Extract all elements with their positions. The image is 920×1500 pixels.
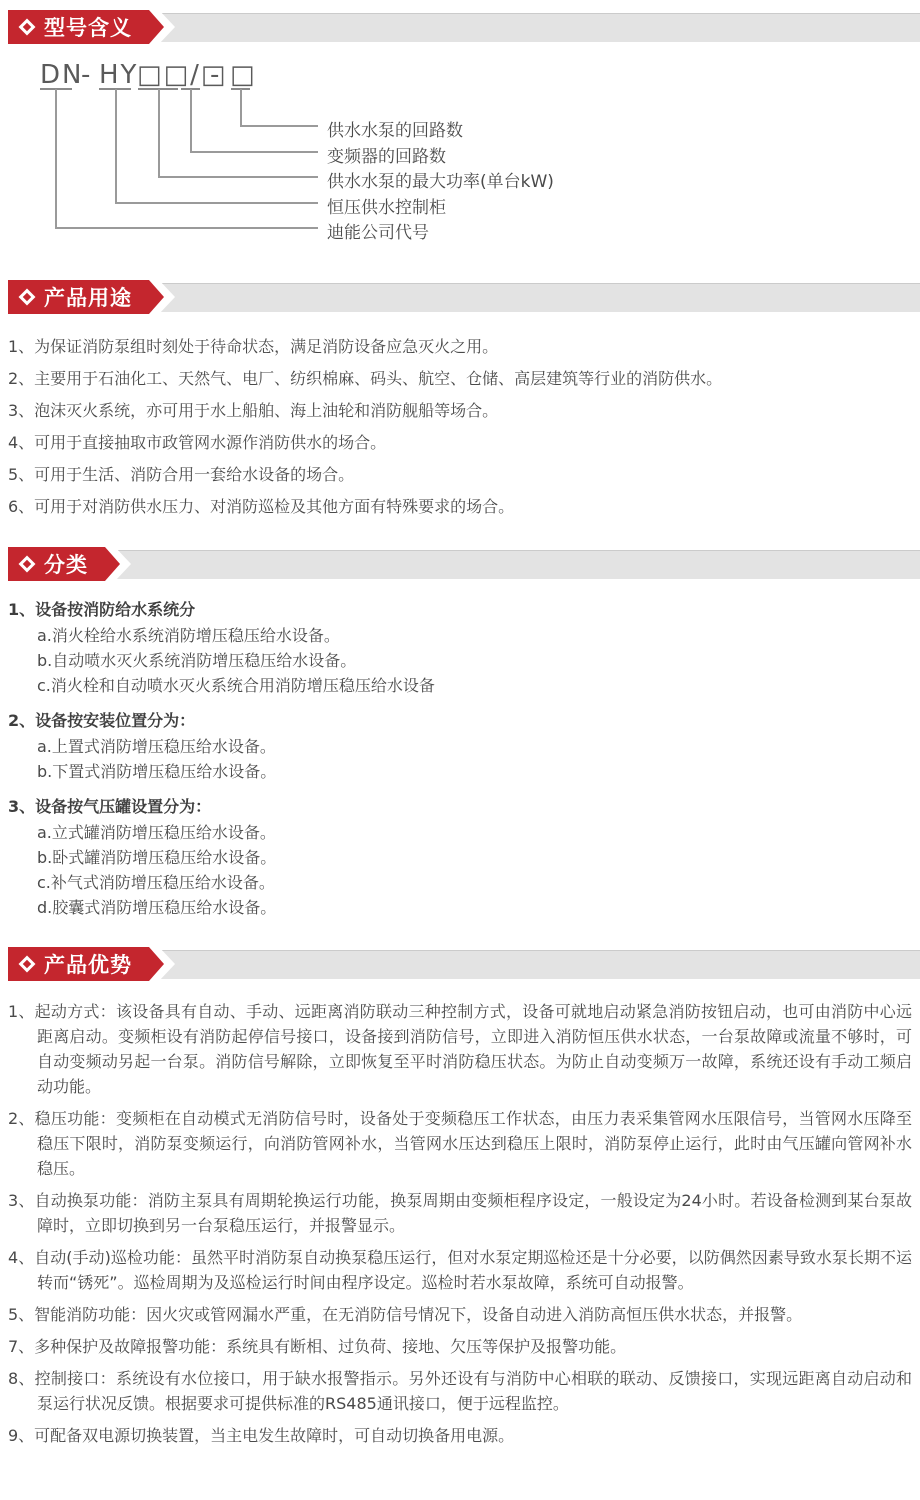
classification-item: a.消火栓给水系统消防增压稳压给水设备。 bbox=[8, 623, 912, 648]
classification-item: b.下置式消防增压稳压给水设备。 bbox=[8, 759, 912, 784]
classification-heading: 3、设备按气压罐设置分为： bbox=[8, 794, 912, 820]
classification-heading: 1、设备按消防给水系统分 bbox=[8, 597, 912, 623]
classification-item: a.上置式消防增压稳压给水设备。 bbox=[8, 734, 912, 759]
classification-item: c.消火栓和自动喷水灭火系统合用消防增压稳压给水设备 bbox=[8, 673, 912, 698]
advantage-item: 5、智能消防功能：因火灾或管网漏水严重，在无消防信号情况下，设备自动进入消防高恒… bbox=[8, 1302, 912, 1327]
advantage-item: 7、多种保护及故障报警功能：系统具有断相、过负荷、接地、欠压等保护及报警功能。 bbox=[8, 1334, 912, 1359]
usage-item: 1、为保证消防泵组时刻处于待命状态，满足消防设备应急灭火之用。 bbox=[8, 334, 912, 360]
section-banner-classify: 分类 bbox=[0, 547, 920, 581]
catalog-page: 型号含义 DN - HY □□/□ - □ 供水水泵的回路数 变频器的回路数 供… bbox=[0, 0, 920, 1448]
banner-gray-bar bbox=[8, 550, 920, 579]
banner-red-arrow: 分类 bbox=[8, 547, 120, 581]
model-number-diagram: DN - HY □□/□ - □ 供水水泵的回路数 变频器的回路数 供水水泵的最… bbox=[0, 60, 920, 252]
diamond-icon bbox=[19, 289, 36, 306]
banner-red-arrow: 产品用途 bbox=[8, 280, 164, 314]
section-banner-advantage: 产品优势 bbox=[0, 947, 920, 981]
diamond-icon bbox=[19, 19, 36, 36]
advantage-item: 8、控制接口：系统设有水位接口，用于缺水报警指示。另外还设有与消防中心相联的联动… bbox=[8, 1366, 912, 1416]
usage-list: 1、为保证消防泵组时刻处于待命状态，满足消防设备应急灭火之用。 2、主要用于石油… bbox=[8, 334, 912, 520]
diamond-icon bbox=[19, 956, 36, 973]
classification-item: b.卧式罐消防增压稳压给水设备。 bbox=[8, 845, 912, 870]
diagram-label: 供水水泵的最大功率(单台kW) bbox=[327, 167, 554, 192]
usage-item: 5、可用于生活、消防合用一套给水设备的场合。 bbox=[8, 462, 912, 488]
classification-heading: 2、设备按安装位置分为： bbox=[8, 708, 912, 734]
advantage-item: 1、起动方式：该设备具有自动、手动、远距离消防联动三种控制方式，设备可就地启动紧… bbox=[8, 999, 912, 1099]
diagram-connector-line bbox=[55, 89, 318, 229]
banner-title: 型号含义 bbox=[44, 12, 132, 42]
classification-item: d.胶囊式消防增压稳压给水设备。 bbox=[8, 895, 912, 920]
model-part-dash: - bbox=[210, 60, 221, 90]
model-part-dn: DN bbox=[40, 60, 83, 90]
advantage-item: 4、自动(手动)巡检功能：虽然平时消防泵自动换泵稳压运行，但对水泵定期巡检还是十… bbox=[8, 1245, 912, 1295]
classification-item: a.立式罐消防增压稳压给水设备。 bbox=[8, 820, 912, 845]
advantage-item: 9、可配备双电源切换装置，当主电发生故障时，可自动切换备用电源。 bbox=[8, 1423, 912, 1448]
advantage-item: 2、稳压功能：变频柜在自动模式无消防信号时，设备处于变频稳压工作状态，由压力表采… bbox=[8, 1106, 912, 1181]
model-part-box: □ bbox=[230, 60, 257, 90]
section-banner-model: 型号含义 bbox=[0, 10, 920, 44]
model-part-hy: HY bbox=[99, 60, 138, 90]
banner-title: 产品优势 bbox=[44, 949, 132, 979]
model-part-dash: - bbox=[81, 60, 92, 90]
section-banner-usage: 产品用途 bbox=[0, 280, 920, 314]
banner-title: 分类 bbox=[44, 549, 88, 579]
diagram-label: 恒压供水控制柜 bbox=[327, 193, 446, 218]
banner-red-arrow: 产品优势 bbox=[8, 947, 164, 981]
advantages-list: 1、起动方式：该设备具有自动、手动、远距离消防联动三种控制方式，设备可就地启动紧… bbox=[8, 999, 912, 1448]
banner-chevron: 型号含义 bbox=[8, 10, 175, 44]
advantage-item: 3、自动换泵功能：消防主泵具有周期轮换运行功能，换泵周期由变频柜程序设定，一般设… bbox=[8, 1188, 912, 1238]
banner-red-arrow: 型号含义 bbox=[8, 10, 164, 44]
classification-item: c.补气式消防增压稳压给水设备。 bbox=[8, 870, 912, 895]
classification-list: 1、设备按消防给水系统分 a.消火栓给水系统消防增压稳压给水设备。 b.自动喷水… bbox=[8, 597, 912, 920]
usage-item: 4、可用于直接抽取市政管网水源作消防供水的场合。 bbox=[8, 430, 912, 456]
usage-item: 3、泡沫灭火系统，亦可用于水上船舶、海上油轮和消防舰船等场合。 bbox=[8, 398, 912, 424]
diagram-label: 变频器的回路数 bbox=[327, 142, 446, 167]
classification-group: 1、设备按消防给水系统分 a.消火栓给水系统消防增压稳压给水设备。 b.自动喷水… bbox=[8, 597, 912, 698]
banner-title: 产品用途 bbox=[44, 282, 132, 312]
banner-chevron: 分类 bbox=[8, 547, 131, 581]
usage-item: 6、可用于对消防供水压力、对消防巡检及其他方面有特殊要求的场合。 bbox=[8, 494, 912, 520]
classification-group: 2、设备按安装位置分为： a.上置式消防增压稳压给水设备。 b.下置式消防增压稳… bbox=[8, 708, 912, 784]
banner-chevron: 产品优势 bbox=[8, 947, 175, 981]
diamond-icon bbox=[19, 556, 36, 573]
diagram-label: 迪能公司代号 bbox=[327, 218, 429, 243]
diagram-label: 供水水泵的回路数 bbox=[327, 116, 463, 141]
classification-item: b.自动喷水灭火系统消防增压稳压给水设备。 bbox=[8, 648, 912, 673]
classification-group: 3、设备按气压罐设置分为： a.立式罐消防增压稳压给水设备。 b.卧式罐消防增压… bbox=[8, 794, 912, 920]
usage-item: 2、主要用于石油化工、天然气、电厂、纺织棉麻、码头、航空、仓储、高层建筑等行业的… bbox=[8, 366, 912, 392]
banner-chevron: 产品用途 bbox=[8, 280, 175, 314]
